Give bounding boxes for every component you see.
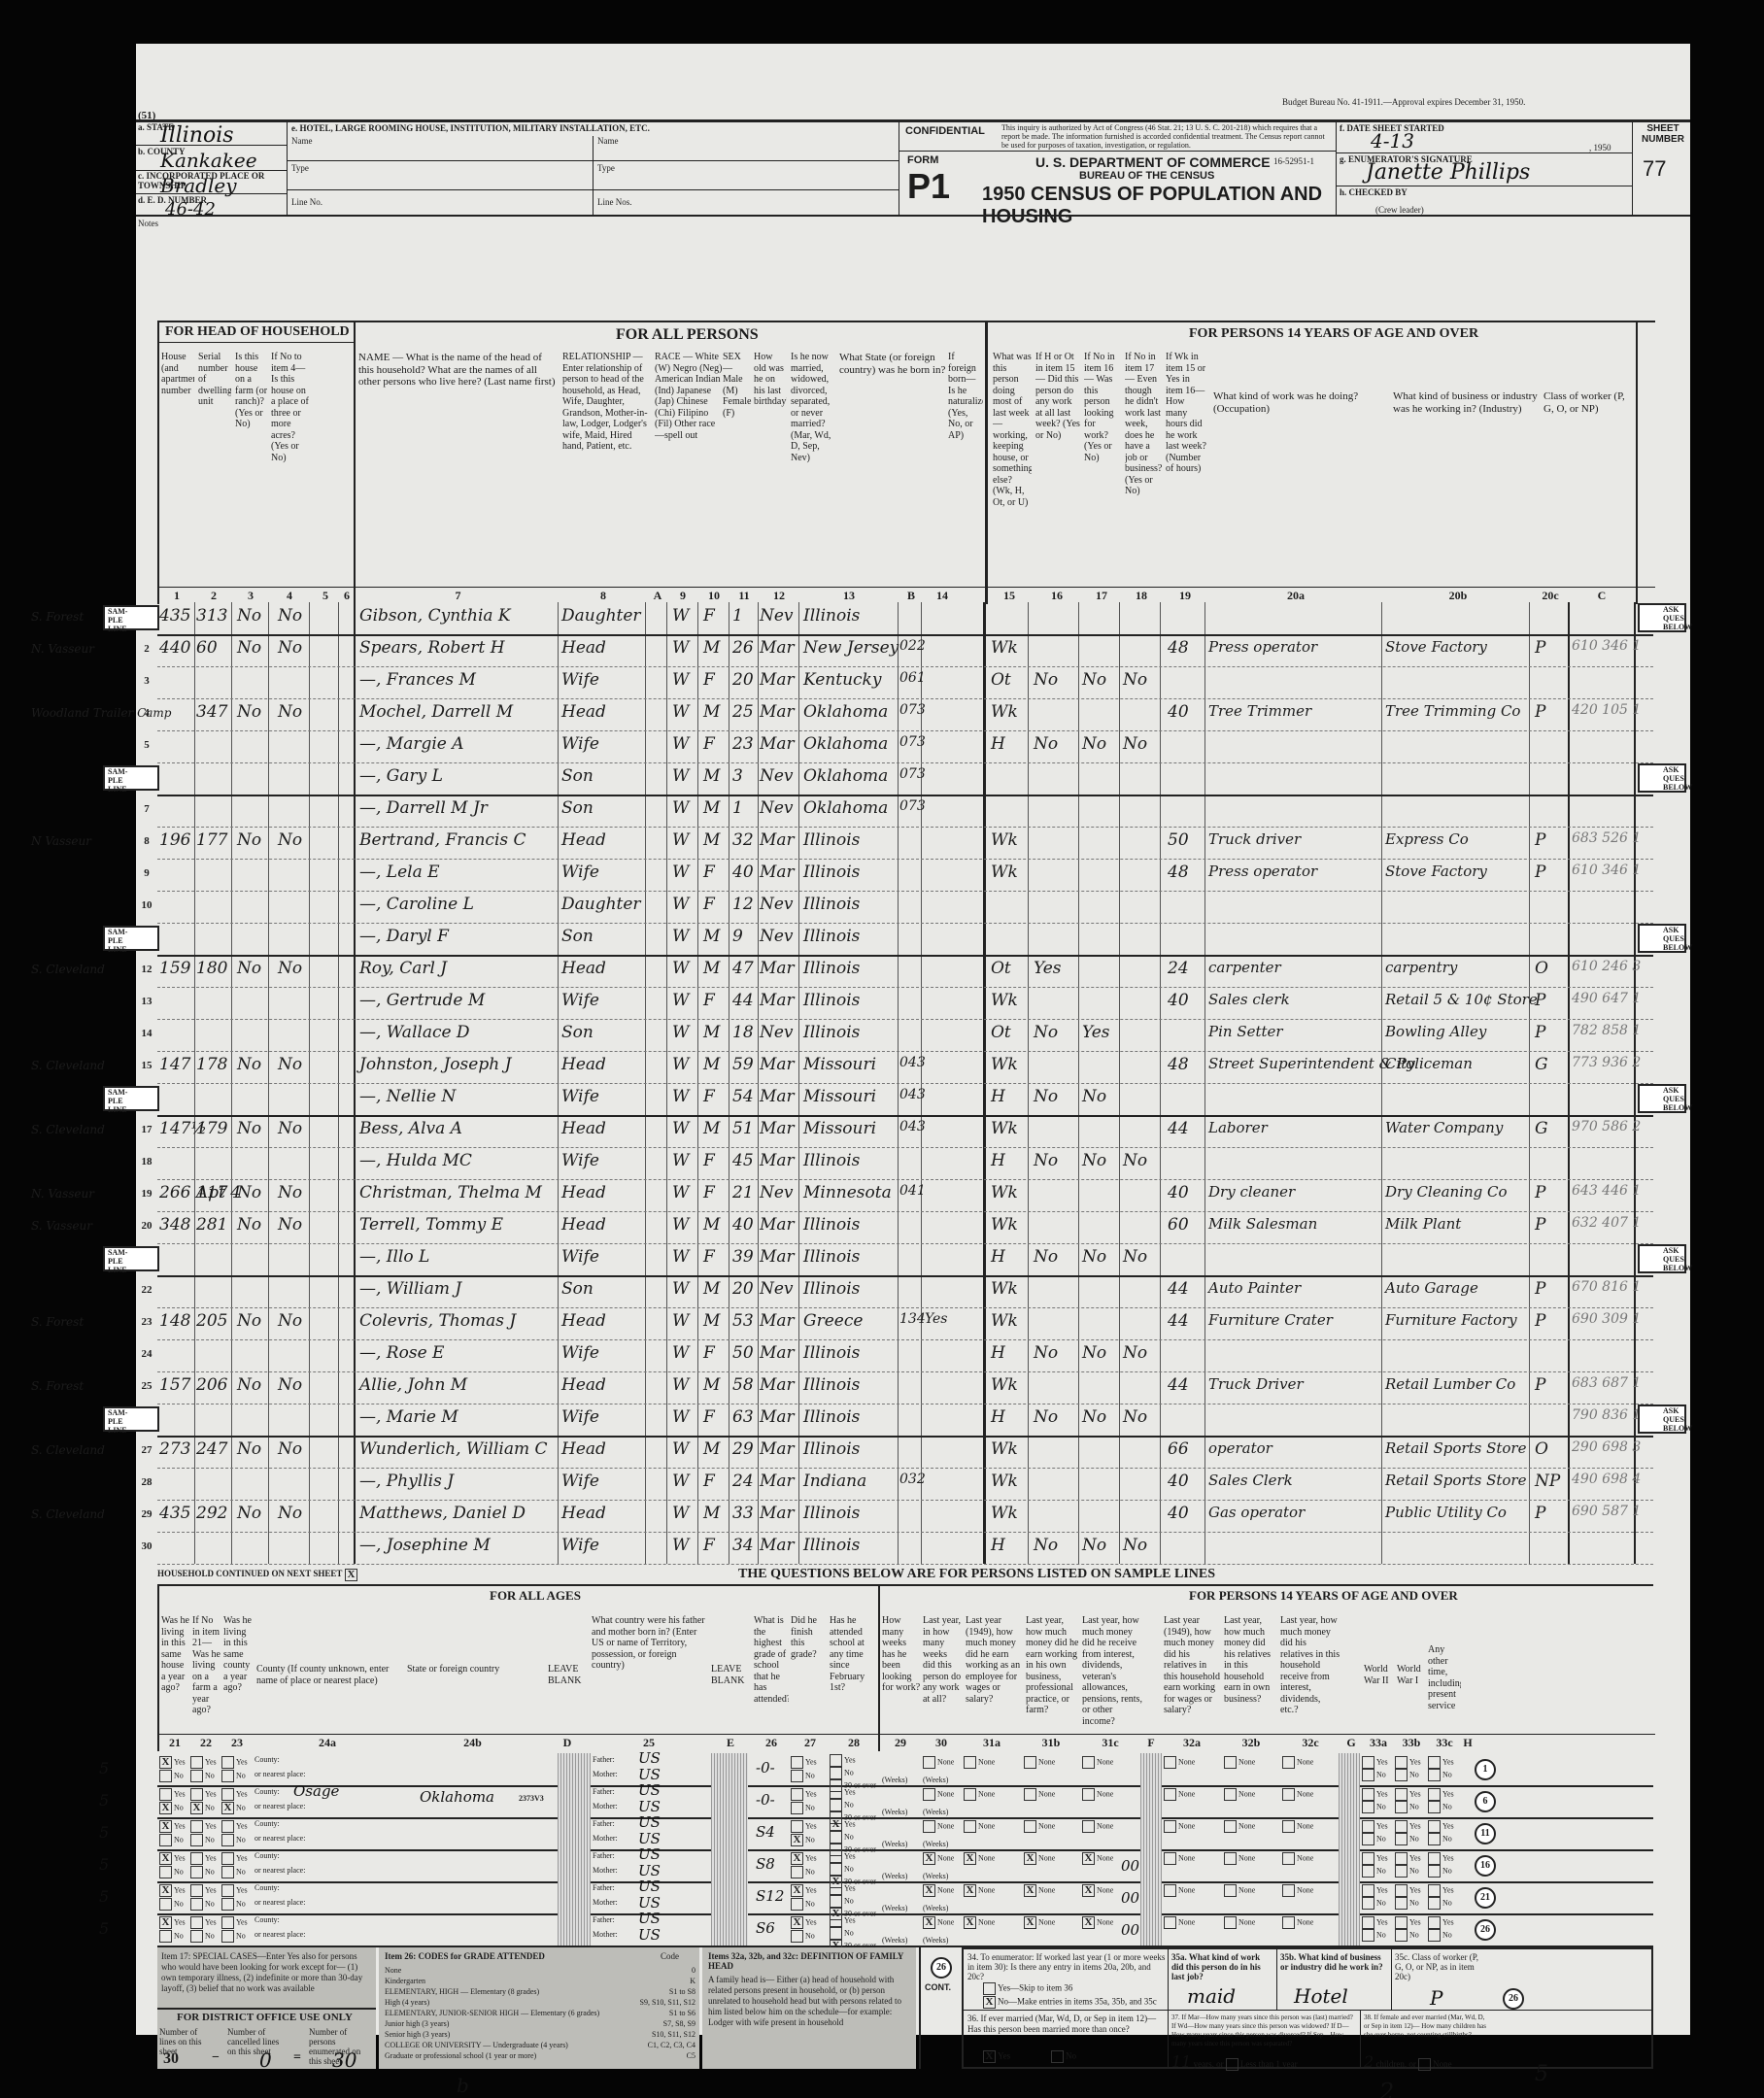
activity: Wk	[991, 1472, 1018, 1491]
other-service-yes[interactable]	[1428, 1852, 1441, 1865]
sample-line-number: 21	[1475, 1887, 1496, 1909]
school-yes-checkbox[interactable]	[830, 1754, 842, 1767]
hours-worked: 44	[1168, 1375, 1189, 1395]
relationship: Head	[561, 1183, 606, 1202]
q34-no-checkbox[interactable]: X	[983, 1996, 996, 2009]
ww1-no[interactable]	[1395, 1833, 1408, 1845]
state-value: Oklahoma	[420, 1792, 494, 1802]
weeks-none-checkbox[interactable]: X	[923, 1884, 935, 1897]
income-32b-none[interactable]	[1224, 1916, 1237, 1929]
q22-yes-checkbox[interactable]	[190, 1820, 203, 1833]
other-service-no[interactable]	[1428, 1801, 1441, 1813]
table-row: 11 —, Daryl F Son W M 9 Nev Illinois SAM…	[157, 923, 1653, 957]
race: W	[672, 1504, 689, 1523]
relationship: Son	[561, 798, 594, 818]
weeks-none-checkbox[interactable]: X	[923, 1852, 935, 1865]
race: W	[672, 1087, 689, 1106]
occupation: Gas operator	[1208, 1504, 1305, 1521]
q22-yes-checkbox[interactable]	[190, 1884, 203, 1897]
marital-status: Nev	[760, 798, 794, 818]
looking-for-work: No	[1082, 1151, 1106, 1170]
ww1-no[interactable]	[1395, 1865, 1408, 1878]
mother-birthplace: US	[638, 1930, 661, 1940]
finish-yes-checkbox[interactable]: X	[791, 1916, 803, 1929]
age: 34	[732, 1536, 754, 1555]
ww1-no[interactable]	[1395, 1769, 1408, 1781]
income-31b-none[interactable]	[1024, 1756, 1036, 1769]
q22-yes-checkbox[interactable]	[190, 1916, 203, 1929]
school-no-checkbox[interactable]	[830, 1767, 842, 1779]
farm-answer: No	[237, 606, 261, 626]
person-name: Spears, Robert H	[359, 638, 505, 658]
ww1-yes[interactable]	[1395, 1756, 1408, 1769]
income-31a-none[interactable]: X	[964, 1916, 976, 1929]
income-32a-none[interactable]	[1164, 1788, 1176, 1801]
street-name: N. Vasseur	[31, 642, 94, 656]
sex: F	[703, 1183, 715, 1202]
class-of-worker: P	[1535, 1375, 1545, 1395]
sex: M	[703, 798, 720, 818]
birthplace: Missouri	[803, 1119, 876, 1138]
q23-no-checkbox[interactable]	[221, 1930, 234, 1943]
mother-birthplace: US	[638, 1866, 661, 1876]
weeks-none-checkbox[interactable]	[923, 1788, 935, 1801]
relationship: Son	[561, 1279, 594, 1299]
other-service-no[interactable]	[1428, 1769, 1441, 1781]
income-31b-none[interactable]: X	[1024, 1852, 1036, 1865]
race: W	[672, 734, 689, 754]
sample-mark: 5	[99, 1855, 109, 1874]
grade-code-row: ELEMENTARY, JUNIOR-SENIOR HIGH — Element…	[385, 2008, 695, 2018]
race: W	[672, 991, 689, 1010]
other-service-yes[interactable]	[1428, 1820, 1441, 1833]
race: W	[672, 1472, 689, 1491]
school-yes-checkbox[interactable]	[830, 1850, 842, 1863]
other-service-no[interactable]	[1428, 1865, 1441, 1878]
other-service-yes[interactable]	[1428, 1788, 1441, 1801]
ww2-no[interactable]	[1362, 1801, 1374, 1813]
q36-yes-checkbox[interactable]: X	[983, 2050, 996, 2063]
person-name: —, Wallace D	[359, 1023, 470, 1042]
form-title: 1950 CENSUS OF POPULATION AND HOUSING	[982, 184, 1337, 228]
finish-yes-checkbox[interactable]: X	[791, 1884, 803, 1897]
school-yes-checkbox[interactable]	[830, 1914, 842, 1927]
table-row: 25 S. Forest 157 206 No No Allie, John M…	[157, 1371, 1653, 1404]
q22-yes-checkbox[interactable]	[190, 1788, 203, 1801]
relationship: Head	[561, 959, 606, 978]
q21-yes-checkbox[interactable]: X	[159, 1852, 172, 1865]
farm-answer: No	[237, 1504, 261, 1523]
income-31c-none[interactable]: X	[1082, 1916, 1095, 1929]
ww2-yes[interactable]	[1362, 1820, 1374, 1833]
street-name: S. Cleveland	[31, 963, 105, 976]
finish-no-checkbox[interactable]	[791, 1866, 803, 1878]
serial-number: 206	[196, 1375, 227, 1395]
class-of-worker: P	[1535, 991, 1545, 1010]
income-32a-none[interactable]	[1164, 1916, 1176, 1929]
income-31b-none[interactable]	[1024, 1788, 1036, 1801]
line-number: 5	[136, 739, 157, 751]
occupation: Pin Setter	[1208, 1023, 1283, 1040]
q21-no-checkbox[interactable]	[159, 1834, 172, 1846]
occupation: Sales Clerk	[1208, 1472, 1293, 1489]
class-of-worker: P	[1535, 702, 1545, 722]
q23-yes-checkbox[interactable]	[221, 1916, 234, 1929]
school-yes-checkbox[interactable]	[830, 1882, 842, 1895]
marital-status: Nev	[760, 927, 794, 946]
ww2-yes[interactable]	[1362, 1884, 1374, 1897]
q23-yes-checkbox[interactable]	[221, 1820, 234, 1833]
ww1-yes[interactable]	[1395, 1916, 1408, 1929]
house-number: 157	[159, 1375, 190, 1395]
person-name: —, Phyllis J	[359, 1472, 454, 1491]
income-32c-none[interactable]	[1282, 1820, 1295, 1833]
income-32c-none[interactable]	[1282, 1756, 1295, 1769]
income-31a-none[interactable]	[964, 1756, 976, 1769]
income-31b-none[interactable]	[1024, 1820, 1036, 1833]
relationship: Wife	[561, 734, 599, 754]
ww2-no[interactable]	[1362, 1865, 1374, 1878]
finish-yes-checkbox[interactable]	[791, 1788, 803, 1801]
marital-status: Mar	[760, 1343, 795, 1363]
line-number: 28	[136, 1476, 157, 1488]
age: 63	[732, 1407, 754, 1427]
ww2-no[interactable]	[1362, 1929, 1374, 1942]
occupation-code: 670 816 1	[1572, 1279, 1641, 1295]
finish-yes-checkbox[interactable]	[791, 1820, 803, 1833]
income-32c-none[interactable]	[1282, 1852, 1295, 1865]
mother-birthplace: US	[638, 1770, 661, 1779]
line-number: 18	[136, 1156, 157, 1167]
school-no-checkbox[interactable]	[830, 1799, 842, 1811]
class-of-worker: P	[1535, 1215, 1545, 1235]
q36-no-checkbox[interactable]	[1051, 2050, 1064, 2063]
finish-yes-checkbox[interactable]	[791, 1756, 803, 1769]
industry: City	[1385, 1055, 1415, 1072]
activity: Wk	[991, 1311, 1018, 1331]
sex: M	[703, 1279, 720, 1299]
industry: Retail 5 & 10¢ Store	[1385, 991, 1538, 1008]
school-no-checkbox[interactable]	[830, 1927, 842, 1940]
q23-no-checkbox[interactable]: X	[221, 1802, 234, 1814]
table-row: 4 Woodland Trailer Camp 347 No No Mochel…	[157, 698, 1653, 731]
marital-status: Mar	[760, 670, 795, 690]
sample-mark: 5	[99, 1823, 109, 1842]
income-32b-none[interactable]	[1224, 1820, 1237, 1833]
line26-supplement: 34. To enumerator: If worked last year (…	[962, 1947, 1653, 2069]
person-name: Mochel, Darrell M	[359, 702, 513, 722]
race: W	[672, 927, 689, 946]
age: 33	[732, 1504, 754, 1523]
occupation-code: 683 526 1	[1572, 830, 1641, 846]
ww1-yes[interactable]	[1395, 1884, 1408, 1897]
q22-no-checkbox[interactable]	[190, 1930, 203, 1943]
ww1-no[interactable]	[1395, 1929, 1408, 1942]
house-number: 148	[159, 1311, 190, 1331]
sex: M	[703, 638, 720, 658]
relationship: Wife	[561, 1536, 599, 1555]
weeks-none-checkbox[interactable]	[923, 1820, 935, 1833]
income-32b-none[interactable]	[1224, 1756, 1237, 1769]
activity: Ot	[991, 1023, 1011, 1042]
other-service-yes[interactable]	[1428, 1884, 1441, 1897]
q38-none-checkbox[interactable]	[1418, 2058, 1431, 2071]
birthplace: Oklahoma	[803, 798, 888, 818]
house-number: 273	[159, 1439, 190, 1459]
hours-worked: 40	[1168, 1183, 1189, 1202]
marital-status: Mar	[760, 1087, 795, 1106]
q23-yes-checkbox[interactable]	[221, 1788, 234, 1801]
person-name: Wunderlich, William C	[359, 1439, 548, 1459]
industry: Auto Garage	[1385, 1279, 1478, 1297]
margin-mark: 5	[1535, 2062, 1548, 2086]
income-31c-none[interactable]: X	[1082, 1852, 1095, 1865]
q21-yes-checkbox[interactable]: X	[159, 1884, 172, 1897]
income-31c-none[interactable]: X	[1082, 1884, 1095, 1897]
income-31b-none[interactable]: X	[1024, 1916, 1036, 1929]
q21-no-checkbox[interactable]: X	[159, 1802, 172, 1814]
relationship: Head	[561, 1311, 606, 1331]
birthplace: Illinois	[803, 1536, 860, 1555]
line-number: 25	[136, 1380, 157, 1392]
income-32a-none[interactable]	[1164, 1884, 1176, 1897]
q23-yes-checkbox[interactable]	[221, 1884, 234, 1897]
person-name: Roy, Carl J	[359, 959, 447, 978]
finish-no-checkbox[interactable]	[791, 1930, 803, 1943]
q22-yes-checkbox[interactable]	[190, 1852, 203, 1865]
weeks-none-checkbox[interactable]	[923, 1756, 935, 1769]
ww2-no[interactable]	[1362, 1833, 1374, 1845]
house-number: 440	[159, 638, 190, 658]
q23-no-checkbox[interactable]	[221, 1898, 234, 1911]
q34-yes-checkbox[interactable]	[983, 1982, 996, 1995]
hours-worked: 66	[1168, 1439, 1189, 1459]
father-birthplace: US	[638, 1753, 661, 1763]
ww2-no[interactable]	[1362, 1769, 1374, 1781]
income-31c-none[interactable]	[1082, 1756, 1095, 1769]
q21-no-checkbox[interactable]	[159, 1866, 172, 1878]
relationship: Daughter	[561, 895, 641, 914]
main-table-header: FOR HEAD OF HOUSEHOLD FOR ALL PERSONS FO…	[157, 321, 1655, 604]
q23-yes-checkbox[interactable]	[221, 1756, 234, 1769]
serial-number: 179	[196, 1119, 227, 1138]
other-service-no[interactable]	[1428, 1897, 1441, 1910]
other-service-yes[interactable]	[1428, 1756, 1441, 1769]
q22-no-checkbox[interactable]: X	[190, 1802, 203, 1814]
school-no-checkbox[interactable]	[830, 1831, 842, 1844]
table-row: 3 —, Frances M Wife W F 20 Mar Kentucky …	[157, 666, 1653, 699]
person-name: —, Gary L	[359, 766, 443, 786]
q21-no-checkbox[interactable]	[159, 1898, 172, 1911]
ww2-yes[interactable]	[1362, 1916, 1374, 1929]
industry: Stove Factory	[1385, 863, 1487, 880]
hours-worked: 50	[1168, 830, 1189, 850]
acres-answer: No	[278, 959, 302, 978]
income-32c-none[interactable]	[1282, 1788, 1295, 1801]
sex: M	[703, 830, 720, 850]
income-31b-none[interactable]: X	[1024, 1884, 1036, 1897]
income-32a-none[interactable]	[1164, 1820, 1176, 1833]
ww2-yes[interactable]	[1362, 1756, 1374, 1769]
activity: Wk	[991, 702, 1018, 722]
finish-no-checkbox[interactable]: X	[791, 1834, 803, 1846]
ww1-yes[interactable]	[1395, 1788, 1408, 1801]
school-yes-checkbox[interactable]: X	[830, 1818, 842, 1831]
house-number: 348	[159, 1215, 190, 1235]
industry: Retail Sports Store	[1385, 1439, 1526, 1457]
sample-mark: 5	[99, 1919, 109, 1938]
street-name: S. Forest	[31, 610, 84, 624]
q21-no-checkbox[interactable]	[159, 1770, 172, 1782]
q21-yes-checkbox[interactable]	[159, 1788, 172, 1801]
table-row: 17 S. Cleveland 147½ 179 No No Bess, Alv…	[157, 1115, 1653, 1148]
looking-for-work: No	[1082, 670, 1106, 690]
any-work: No	[1034, 1023, 1058, 1042]
q21-yes-checkbox[interactable]: X	[159, 1756, 172, 1769]
race: W	[672, 1343, 689, 1363]
birthplace: Illinois	[803, 1343, 860, 1363]
age: 53	[732, 1311, 754, 1331]
q21-yes-checkbox[interactable]: X	[159, 1820, 172, 1833]
looking-for-work: No	[1082, 734, 1106, 754]
finish-no-checkbox[interactable]	[791, 1898, 803, 1911]
occupation: Furniture Crater	[1208, 1311, 1333, 1329]
age: 39	[732, 1247, 754, 1267]
age: 21	[732, 1183, 754, 1202]
household-continued-checkbox[interactable]: X	[345, 1569, 357, 1581]
code-b: 022	[899, 638, 926, 654]
sheet-number-value: 77	[1643, 156, 1666, 182]
income-31a-none[interactable]	[964, 1788, 976, 1801]
line-number: 8	[136, 835, 157, 847]
any-work: No	[1034, 1536, 1058, 1555]
weeks-none-checkbox[interactable]: X	[923, 1916, 935, 1929]
hours-worked: 48	[1168, 1055, 1189, 1074]
birthplace: Oklahoma	[803, 766, 888, 786]
other-service-yes[interactable]	[1428, 1916, 1441, 1929]
school-yes-checkbox[interactable]	[830, 1786, 842, 1799]
finish-no-checkbox[interactable]	[791, 1770, 803, 1782]
income-32a-none[interactable]	[1164, 1756, 1176, 1769]
relationship: Head	[561, 1439, 606, 1459]
income-32c-none[interactable]	[1282, 1916, 1295, 1929]
q22-no-checkbox[interactable]	[190, 1898, 203, 1911]
other-service-no[interactable]	[1428, 1833, 1441, 1845]
q37-less-checkbox[interactable]	[1226, 2058, 1238, 2071]
income-32b-none[interactable]	[1224, 1788, 1237, 1801]
line-number: 20	[136, 1220, 157, 1232]
school-no-checkbox[interactable]	[830, 1895, 842, 1908]
person-name: —, Nellie N	[359, 1087, 456, 1106]
grade-code-row: Senior high (3 years)S10, S11, S12	[385, 2029, 695, 2040]
age: 47	[732, 959, 754, 978]
q23-no-checkbox[interactable]	[221, 1866, 234, 1878]
marital-status: Nev	[760, 1023, 794, 1042]
q21-no-checkbox[interactable]	[159, 1930, 172, 1943]
sheet-number-block: SHEET NUMBER 77	[1632, 121, 1691, 215]
serial-number: 292	[196, 1504, 227, 1523]
q21-yes-checkbox[interactable]: X	[159, 1916, 172, 1929]
street-name: Woodland Trailer Camp	[31, 706, 172, 720]
line-number: 30	[136, 1540, 157, 1552]
industry: Retail Lumber Co	[1385, 1375, 1515, 1393]
special-cases-panel: Item 17: SPECIAL CASES—Enter Yes also fo…	[157, 1947, 376, 2069]
income-32b-none[interactable]	[1224, 1884, 1237, 1897]
q23-yes-checkbox[interactable]	[221, 1852, 234, 1865]
income-32b-none[interactable]	[1224, 1852, 1237, 1865]
income-31a-none[interactable]: X	[964, 1884, 976, 1897]
occupation: Truck Driver	[1208, 1375, 1304, 1393]
hours-worked: 48	[1168, 638, 1189, 658]
line-number: 27	[136, 1444, 157, 1456]
income-32a-none[interactable]	[1164, 1852, 1176, 1865]
school-no-checkbox[interactable]	[830, 1863, 842, 1876]
ww2-no[interactable]	[1362, 1897, 1374, 1910]
q22-no-checkbox[interactable]	[190, 1770, 203, 1782]
sample-line-number: 1	[1475, 1759, 1496, 1780]
income-31c-none[interactable]	[1082, 1820, 1095, 1833]
q22-no-checkbox[interactable]	[190, 1834, 203, 1846]
finish-no-checkbox[interactable]	[791, 1802, 803, 1814]
sex: M	[703, 702, 720, 722]
age: 45	[732, 1151, 754, 1170]
income-code-f: 00	[1121, 1925, 1139, 1935]
income-31a-none[interactable]	[964, 1820, 976, 1833]
finish-yes-checkbox[interactable]: X	[791, 1852, 803, 1865]
ww1-yes[interactable]	[1395, 1820, 1408, 1833]
ww2-yes[interactable]	[1362, 1788, 1374, 1801]
father-birthplace: US	[638, 1849, 661, 1859]
income-31c-none[interactable]	[1082, 1788, 1095, 1801]
house-number: 435	[159, 1504, 190, 1523]
birthplace: Illinois	[803, 1023, 860, 1042]
other-service-no[interactable]	[1428, 1929, 1441, 1942]
sample-row: 5 11 XYes No Yes No Yes No County: or ne…	[157, 1817, 1653, 1851]
ww1-no[interactable]	[1395, 1801, 1408, 1813]
relationship: Head	[561, 1375, 606, 1395]
marital-status: Mar	[760, 991, 795, 1010]
q22-no-checkbox[interactable]	[190, 1866, 203, 1878]
marital-status: Mar	[760, 734, 795, 754]
income-32c-none[interactable]	[1282, 1884, 1295, 1897]
race: W	[672, 1055, 689, 1074]
income-31a-none[interactable]: X	[964, 1852, 976, 1865]
relationship: Head	[561, 1055, 606, 1074]
q23-no-checkbox[interactable]	[221, 1770, 234, 1782]
occupation: Milk Salesman	[1208, 1215, 1317, 1233]
ww1-yes[interactable]	[1395, 1852, 1408, 1865]
person-name: —, William J	[359, 1279, 461, 1299]
ww1-no[interactable]	[1395, 1897, 1408, 1910]
sex: M	[703, 1055, 720, 1074]
race: W	[672, 1375, 689, 1395]
activity: Ot	[991, 959, 1011, 978]
occupation: Press operator	[1208, 863, 1317, 880]
sample-table-header: FOR ALL AGES FOR PERSONS 14 YEARS OF AGE…	[157, 1586, 1655, 1751]
birthplace: Illinois	[803, 863, 860, 882]
ww2-yes[interactable]	[1362, 1852, 1374, 1865]
sex: M	[703, 959, 720, 978]
any-work: No	[1034, 670, 1058, 690]
sex: M	[703, 1023, 720, 1042]
activity: H	[991, 734, 1005, 754]
q22-yes-checkbox[interactable]	[190, 1756, 203, 1769]
q23-no-checkbox[interactable]	[221, 1834, 234, 1846]
age: 54	[732, 1087, 754, 1106]
father-birthplace: US	[638, 1785, 661, 1795]
sample-mark: 5	[99, 1887, 109, 1906]
table-row: 14 —, Wallace D Son W M 18 Nev Illinois …	[157, 1019, 1653, 1052]
